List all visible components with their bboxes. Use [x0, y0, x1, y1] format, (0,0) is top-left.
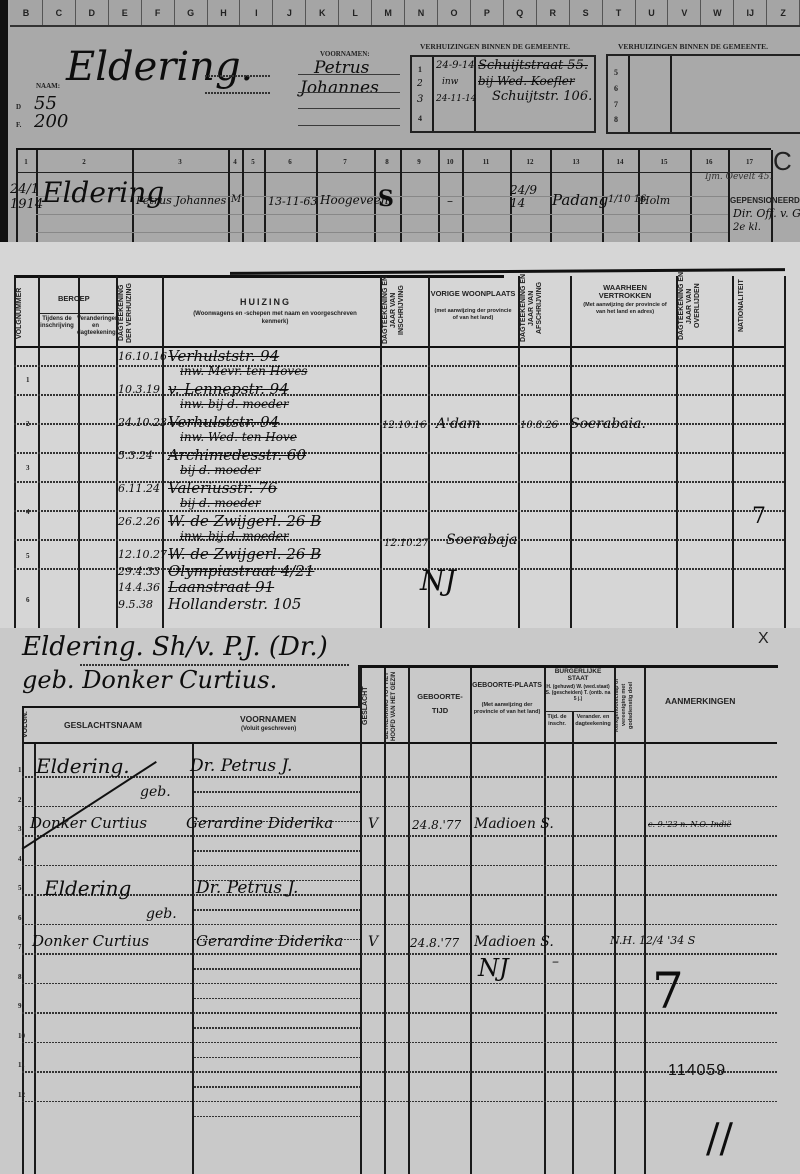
person-2-surname: Donker Curtius	[30, 814, 147, 832]
index-tab: M	[372, 0, 405, 25]
inschrijving-date: 12.10.16	[382, 420, 427, 431]
header-volgn: VOLGN.	[22, 708, 34, 742]
header-voornamen-sub: (Voluit geschreven)	[241, 726, 296, 732]
row-number: 5	[18, 884, 22, 892]
header-vorige-sub: (met aanwijzing der provincie of van het…	[432, 308, 514, 322]
archive-number: 114059	[668, 1062, 726, 1080]
cell-col10: –	[447, 194, 453, 208]
column-number: 11	[478, 158, 494, 166]
header-huizing-sub: (Woonwagens en -schepen met naam en voor…	[190, 310, 360, 326]
index-tab: E	[109, 0, 142, 25]
residence-history-card: VOLGNUMMER BEROEP Tijdens de inschrijvin…	[0, 242, 800, 628]
header-geboortetijd: GEBOORTE-TIJD	[412, 690, 468, 718]
move-date: 26.2.26	[118, 515, 160, 528]
index-tab: S	[570, 0, 603, 25]
index-tab: H	[208, 0, 241, 25]
column-number: 2	[76, 158, 92, 166]
header-bottom-rule	[22, 742, 777, 744]
col-divider	[408, 668, 410, 1174]
move-address: inw. bij d. moeder	[180, 397, 289, 411]
column-number: 14	[612, 158, 628, 166]
initials: NJ	[420, 564, 456, 597]
row-number: 1	[18, 766, 22, 774]
voornamen-rule	[298, 125, 400, 126]
occupation-line1: Dir. Off. v. Gez.	[733, 207, 800, 220]
row-rule	[22, 806, 777, 808]
sub-row-rule	[194, 1057, 360, 1059]
row-rule	[22, 835, 777, 837]
column-number: 1	[18, 158, 34, 166]
person-4-surname: Donker Curtius	[32, 932, 149, 950]
index-tab: N	[405, 0, 438, 25]
row-rule	[22, 1101, 777, 1103]
column-number: 17	[742, 158, 758, 166]
header-geboorteplaats: GEBOORTE-PLAATS	[472, 682, 542, 690]
row-number: 5	[26, 552, 30, 560]
row-number: 10	[18, 1032, 25, 1040]
header-waarheen: WAARHEEN VERTROKKEN	[580, 284, 670, 300]
cell-birth-date: 13-11-63	[268, 195, 317, 208]
person-4-remarks: N.H. 12/4 '34 S	[610, 934, 695, 947]
col-divider	[360, 668, 362, 1174]
header-beroep: BEROEP	[58, 294, 90, 303]
row-number: 11	[18, 1061, 25, 1069]
row-rule	[22, 865, 777, 867]
index-tab: F	[142, 0, 175, 25]
row-number: 3	[18, 825, 22, 833]
move-date: 24.10.23	[118, 416, 167, 429]
move-row-number: 8	[614, 115, 618, 124]
index-tab: R	[537, 0, 570, 25]
row-rule	[14, 510, 784, 512]
sub-row-rule	[194, 968, 360, 970]
column-number: 3	[172, 158, 188, 166]
sub-row-rule	[194, 1116, 360, 1118]
move-date: 9.5.38	[118, 598, 153, 611]
header-aanmerkingen: AANMERKINGEN	[665, 696, 735, 706]
header-veranderingen: Verander. en dagteekening	[572, 714, 614, 728]
index-tab: W	[701, 0, 734, 25]
staat-split	[544, 711, 614, 712]
voornamen-rule	[298, 92, 400, 93]
vorige-woonplaats-2: Soerabaja	[446, 532, 517, 548]
header-betrekking: BETREKKING TOT HET HOOFD VAN HET GEZIN	[384, 670, 408, 742]
row-number: 1	[26, 376, 30, 384]
move-date: 16.10.16	[118, 350, 167, 363]
move-row-number: 1	[418, 65, 422, 74]
move-date: 24-9-14	[436, 60, 475, 71]
move-address: Schuijtstr. 106.	[492, 89, 592, 104]
index-tab: K	[306, 0, 339, 25]
card-edge	[0, 0, 8, 242]
cell-note: Ijm. Oevelt 45.	[705, 172, 772, 182]
col-divider	[192, 744, 194, 1174]
move-address: Hollanderstr. 105	[168, 595, 301, 613]
voornamen-label: VOORNAMEN:	[320, 50, 370, 58]
sub-row-rule	[194, 909, 360, 911]
col-divider	[628, 56, 630, 132]
index-tab: D	[76, 0, 109, 25]
move-address: W. de Zwijgerl. 26 B	[168, 512, 321, 530]
index-tab: Q	[504, 0, 537, 25]
card-title-line1: Eldering. Sh/v. P.J. (Dr.)	[22, 632, 328, 662]
person-2-remarks: c. 9.'23 n. N.O. Indië	[648, 820, 731, 829]
sub-row-rule	[194, 791, 360, 793]
naam-rule	[205, 92, 270, 94]
col-divider	[34, 744, 36, 1174]
move-address: bij Wed. Koefler	[478, 74, 575, 88]
header-vorige-woonplaats: VORIGE WOONPLAATS	[430, 290, 516, 298]
row-rule	[22, 776, 777, 778]
header-huizing: HUIZING	[240, 297, 291, 307]
vorige-woonplaats: A'dam	[436, 416, 481, 432]
index-tab: L	[339, 0, 372, 25]
afschrijving-date: 10.8.26	[520, 420, 558, 431]
card-title-line2: geb. Donker Curtius.	[22, 666, 277, 694]
move-row-number: 6	[614, 84, 618, 93]
person-3-surname: Eldering	[44, 876, 131, 900]
header-dagteekening-afschrijving: DAGTEEKENING EN JAAR VAN AFSCHRIJVING	[520, 272, 566, 344]
column-number: 7	[337, 158, 353, 166]
row-rule	[22, 894, 777, 896]
move-date: 29.4.33	[118, 565, 160, 578]
column-number: 15	[656, 158, 672, 166]
index-tab: V	[668, 0, 701, 25]
row-number: 7	[18, 943, 22, 951]
move-address: Archimedesstr. 60	[168, 446, 306, 464]
move-address: Olympiastraat 4/21	[168, 562, 314, 580]
col-divider	[670, 56, 672, 132]
sub-row-rule	[194, 1086, 360, 1088]
person-3-given: Dr. Petrus J.	[196, 878, 298, 898]
header-waarheen-sub: (Met aanwijzing der provincie of van het…	[578, 302, 672, 316]
move-address: inw. bij d. moeder	[180, 529, 289, 543]
cell-destination: Holm	[640, 194, 670, 207]
move-address: Laanstraat 91	[168, 578, 274, 596]
voornamen-rule	[298, 108, 400, 109]
person-4-sex: V	[368, 934, 378, 950]
d-label: D	[16, 103, 21, 111]
person-2-prefix: geb.	[140, 784, 171, 800]
grid-top-rule	[16, 148, 771, 150]
header-dagteekening-verhuizing: DAGTEEKENING DER VERHUIZING	[118, 280, 158, 346]
column-number: 8	[379, 158, 395, 166]
row-number: 2	[26, 420, 30, 428]
person-2-birth-place: Madioen S.	[474, 816, 554, 832]
alphabet-index-tabs: BCDEFGHIJKLMNOPQRSTUVWIJZ	[10, 0, 800, 27]
move-row-number: 7	[614, 100, 618, 109]
inschrijving-date-2: 12.10.27	[384, 538, 429, 549]
index-tab: P	[471, 0, 504, 25]
index-tab: T	[603, 0, 636, 25]
f-label: F.	[16, 121, 21, 129]
col-divider	[384, 668, 386, 1174]
cell-given-names: Petrus Johannes	[136, 194, 226, 207]
header-rule	[22, 706, 362, 708]
header-tijd-inschr: Tijd. de inschr.	[544, 714, 570, 728]
header-beroep-sub1: Tijdens de inschrijving	[40, 316, 74, 330]
person-4-given: Gerardine Diderika	[196, 932, 343, 950]
row-number: 4	[26, 508, 30, 516]
row-number: 9	[18, 1002, 22, 1010]
move-row-number: 5	[614, 68, 618, 77]
column-number: 9	[411, 158, 427, 166]
header-dagteekening-inschrijving: DAGTEEKENING EN JAAR VAN INSCHRIJVING	[382, 274, 422, 346]
col-divider	[22, 708, 24, 1174]
move-row-number: 2	[417, 79, 423, 89]
moves-left-title: VERHUIZINGEN BINNEN DE GEMEENTE.	[420, 42, 570, 51]
row-number: 6	[18, 914, 22, 922]
row-rule	[22, 953, 777, 955]
move-address: v. Lennepstr. 94	[168, 380, 289, 398]
move-date: 6.11.24	[118, 482, 160, 495]
row-number: 2	[18, 796, 22, 804]
index-tab: G	[175, 0, 208, 25]
index-tab: C	[43, 0, 76, 25]
move-address: bij d. moeder	[180, 463, 261, 477]
header-geboorteplaats-sub: (Met aanwijzing der provincie of van het…	[472, 702, 542, 716]
header-geslachtsnaam: GESLACHTSNAAM	[64, 720, 142, 730]
moves-right-box: 5 6 7 8	[606, 54, 800, 134]
person-2-given: Gerardine Diderika	[186, 814, 333, 832]
person-2-sex: V	[368, 816, 378, 832]
slash-mark: //	[706, 1116, 733, 1162]
header-beroep-sub2: Veranderingen en dagteekening	[77, 316, 114, 337]
cell-origin: Padang	[552, 191, 608, 209]
voornamen-line1: Petrus	[314, 58, 369, 78]
index-tab: J	[273, 0, 306, 25]
naam-value: Eldering.	[66, 44, 253, 90]
column-number: 6	[282, 158, 298, 166]
move-row-number: 3	[417, 94, 423, 105]
col-divider	[432, 57, 434, 131]
move-address: Schuijtstraat 55.	[478, 58, 588, 73]
row-rule	[22, 924, 777, 926]
corner-mark: X	[758, 630, 769, 648]
move-date: 5.3.24	[118, 449, 153, 462]
col-divider	[784, 276, 786, 628]
column-number: 5	[245, 158, 261, 166]
title-rule	[80, 664, 350, 666]
row-number: 3	[26, 464, 30, 472]
mark: 7	[752, 504, 766, 529]
move-address: inw. Wed. ten Hove	[180, 430, 297, 444]
person-4-birth-date: 24.8.'77	[410, 936, 459, 950]
sub-row-rule	[194, 998, 360, 1000]
cell-arrival-date: 24/9 14	[510, 184, 540, 210]
index-tab: B	[10, 0, 43, 25]
beroep-split	[38, 313, 114, 314]
header-top-rule	[14, 275, 504, 278]
cell-date-registered: 24/1 1914	[10, 182, 36, 212]
move-address: Verhulststr. 94	[168, 413, 279, 431]
naam-label: NAAM:	[36, 82, 60, 90]
moves-left-box: 1 24-9-14 Schuijtstraat 55. 2 inw bij We…	[410, 55, 596, 133]
move-date: inw	[442, 77, 458, 87]
col-divider	[572, 712, 574, 1174]
voornamen-line2: Johannes	[300, 78, 379, 98]
mark-7: 7	[652, 962, 684, 1020]
initials: NJ	[478, 954, 509, 982]
dash: –	[552, 954, 559, 970]
sub-row-rule	[194, 1027, 360, 1029]
row-rule	[36, 214, 728, 215]
registration-card-head: BCDEFGHIJKLMNOPQRSTUVWIJZ NAAM: Eldering…	[0, 0, 800, 242]
header-burgerlijke-staat: BURGERLIJKE STAAT	[544, 668, 612, 682]
move-date: 10.3.19	[118, 383, 160, 396]
person-1-surname: Eldering.	[36, 754, 130, 778]
index-tab: IJ	[734, 0, 767, 25]
header-dagteekening-overlijden: DAGTEEKENING EN JAAR VAN OVERLIJDEN	[678, 270, 724, 342]
header-geslacht: GESLACHT	[362, 670, 382, 742]
row-rule	[22, 1042, 777, 1044]
cell-marital: S	[378, 186, 394, 212]
move-address: inw. Mevr. ten Hoves	[180, 364, 307, 378]
move-date: 24-11-14	[436, 94, 476, 104]
grid-header-rule	[16, 172, 771, 173]
move-address: bij d. moeder	[180, 496, 261, 510]
move-address: Valeriusstr. 76	[168, 479, 277, 497]
move-date: 14.4.36	[118, 581, 160, 594]
header-volgnummer: VOLGNUMMER	[16, 280, 30, 346]
column-number: 10	[442, 158, 458, 166]
column-number: 12	[522, 158, 538, 166]
person-1-given: Dr. Petrus J.	[190, 756, 292, 776]
waarheen: Soerabaia.	[570, 416, 646, 432]
index-tab: I	[240, 0, 273, 25]
index-tab: Z	[767, 0, 800, 25]
row-number: 6	[26, 596, 30, 604]
row-rule	[14, 365, 784, 367]
column-number: 13	[568, 158, 584, 166]
column-number: 16	[701, 158, 717, 166]
moves-right-title: VERHUIZINGEN BINNEN DE GEMEENTE.	[618, 42, 768, 51]
person-4-prefix: geb.	[146, 906, 177, 922]
person-4-birth-place: Madioen S.	[474, 934, 554, 950]
corner-letter: C	[773, 146, 792, 177]
row-number: 4	[18, 855, 22, 863]
header-burgerlijke-staat-sub: H. (gehuwd) W. (wed.staat) S. (gescheide…	[544, 684, 612, 702]
col-divider	[614, 668, 616, 1174]
move-address: W. de Zwijgerl. 26 B	[168, 545, 321, 563]
header-kerkgenootschap: Kerkgenootschap of vereeniging met godsd…	[614, 668, 644, 742]
index-tab: O	[438, 0, 471, 25]
header-nationaliteit: NATIONALITEIT	[738, 270, 760, 342]
move-row-number: 4	[418, 114, 422, 123]
col-divider	[644, 668, 646, 1174]
index-tab: U	[636, 0, 669, 25]
row-number: 12	[18, 1091, 25, 1099]
row-rule	[36, 232, 728, 233]
header-bottom-rule	[14, 346, 784, 348]
occupation-line2: 2e kl.	[733, 222, 761, 233]
col-divider	[470, 668, 472, 1174]
voornamen-rule	[298, 74, 400, 75]
move-address: Verhulststr. 94	[168, 347, 279, 365]
col-divider	[544, 668, 546, 1174]
f-value: 200	[34, 111, 68, 132]
person-2-birth-date: 24.8.'77	[412, 818, 461, 832]
row-number: 8	[18, 973, 22, 981]
header-voornamen: VOORNAMEN	[240, 714, 296, 724]
household-card: X Eldering. Sh/v. P.J. (Dr.) geb. Donker…	[0, 628, 800, 1174]
column-number: 4	[227, 158, 243, 166]
cell-sex: M	[231, 194, 241, 205]
naam-rule	[205, 75, 270, 77]
move-date: 12.10.27	[118, 548, 167, 561]
row-rule	[22, 1071, 777, 1073]
pension-stamp: GEPENSIONEERD	[730, 196, 800, 205]
sub-row-rule	[194, 850, 360, 852]
